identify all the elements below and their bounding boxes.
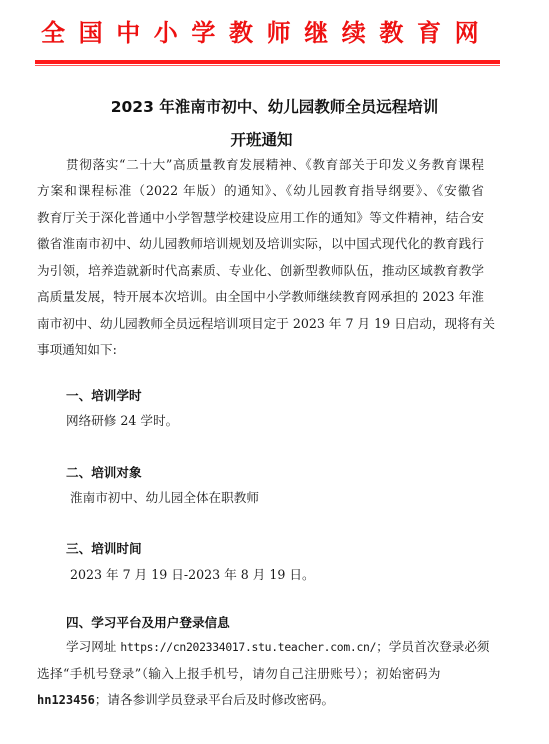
intro-line: 教育厅关于深化普通中小学智慧学校建设应用工作的通知》等文件精神，结合安	[37, 210, 484, 226]
intro-line: 南市初中、幼儿园教师全员远程培训项目定于 2023 年 7 月 19 日启动，现…	[37, 316, 484, 332]
masthead-divider-thick	[35, 60, 500, 64]
section-body-time: 2023 年 7 月 19 日-2023 年 8 月 19 日。	[70, 567, 315, 583]
masthead-divider-thin	[35, 65, 500, 66]
platform-line-1: 学习网址 https://cn202334017.stu.teacher.com…	[66, 639, 484, 655]
intro-line: 事项通知如下:	[37, 342, 484, 358]
platform-url-link[interactable]: https://cn202334017.stu.teacher.com.cn/	[120, 639, 376, 655]
intro-line: 为引领，培养造就新时代高素质、专业化、创新型教师队伍，推动区域教育教学	[37, 263, 484, 279]
platform-line-2: 选择“手机号登录”（输入上报手机号，请勿自己注册账号）；初始密码为	[37, 666, 484, 682]
password-note: ；请各参训学员登录平台后及时修改密码。	[95, 692, 334, 707]
platform-line-3: hn123456；请各参训学员登录平台后及时修改密码。	[37, 692, 334, 708]
intro-line: 徽省淮南市初中、幼儿园教师培训规划及培训实际，以中国式现代化的教育践行	[37, 236, 484, 252]
section-heading-time: 三、培训时间	[66, 541, 142, 557]
section-heading-hours: 一、培训学时	[66, 388, 142, 404]
section-body-audience: 淮南市初中、幼儿园全体在职教师	[70, 490, 259, 506]
platform-url-label: 学习网址	[66, 639, 120, 655]
section-heading-audience: 二、培训对象	[66, 465, 142, 481]
intro-line: 高质量发展，特开展本次培训。由全国中小学教师继续教育网承担的 2023 年淮	[37, 289, 484, 305]
intro-line: 贯彻落实“二十大”高质量教育发展精神、《教育部关于印发义务教育课程	[66, 157, 484, 173]
document-title: 2023 年淮南市初中、幼儿园教师全员远程培训	[0, 97, 549, 117]
section-heading-platform: 四、学习平台及用户登录信息	[66, 615, 230, 631]
platform-url-note: ；学员首次登录必须	[376, 639, 489, 655]
initial-password: hn123456	[37, 693, 95, 707]
section-body-hours: 网络研修 24 学时。	[66, 413, 178, 429]
document-subtitle: 开班通知	[0, 130, 523, 150]
intro-line: 方案和课程标准（2022 年版）的通知》、《幼儿园教育指导纲要》、《安徽省	[37, 183, 484, 199]
masthead-title: 全国中小学教师继续教育网	[41, 19, 486, 47]
